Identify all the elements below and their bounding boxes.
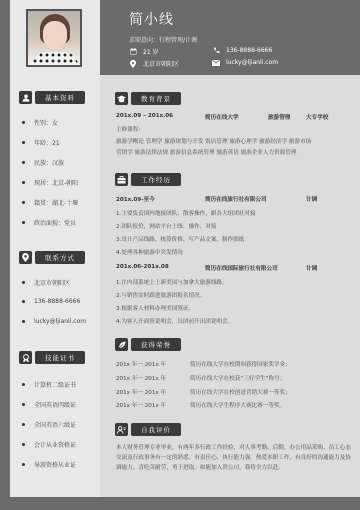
job-company: 简历在线国际旅行社有限公司 [205,264,278,272]
honor-period: 201x 年一 201x 年 [116,388,166,396]
list-item: 年龄：21 [22,138,60,147]
person-icon [19,91,32,104]
self-eval-header: 自我评价 [115,423,181,436]
section-title: 基本资料 [35,91,85,104]
job-period: 201x.06-201x.08 [116,264,169,270]
job-duty: 4.处理各种旅游中突发情况 [116,248,183,256]
age-info: 21 岁 [129,47,159,56]
list-item: lucky@ljianli.com [22,318,86,325]
honor-period: 201x 年一 201x 年 [116,401,166,409]
calendar-icon [129,48,137,55]
work-header: 工作经历 [115,173,181,186]
list-item: 政治面貌：党员 [22,218,76,227]
graduation-cap-icon [115,92,128,105]
job-duty: 2.团队报价，网站平台上线、操作、对接 [116,222,216,230]
honor-desc: 简历在线大学在校创意营销大赛一等奖； [190,388,291,396]
email-info: lucky@ljianli.com [212,59,278,66]
user-profile-icon [115,423,128,436]
contact-header: 联系方式 [19,251,85,264]
self-eval-text: 本人财务管理专业毕业，有两年多行政工作经验，对人事考勤、后勤，办公用品采购、员工… [116,443,352,473]
edu-school: 简历在线大学 [205,113,239,121]
briefcase-icon [115,173,128,186]
list-item: 民族：汉族 [22,158,64,167]
award-icon [19,351,32,364]
certificates-header: 技能证书 [19,351,85,364]
honor-desc: 简历在线大学在校期间获得国家奖学金； [190,360,291,368]
honor-period: 201x 年一 201x 年 [116,360,166,368]
envelope-icon [212,59,220,66]
list-item: 籍贯：湖北-十堰 [22,198,78,207]
list-item: 会计从业资格证 [22,440,76,449]
section-title: 工作经历 [131,173,181,186]
section-title: 获得荣誉 [131,338,181,351]
honors-header: 获得荣誉 [115,338,181,351]
list-item: 导游资格从业证 [22,460,76,469]
list-item: 性别：女 [22,118,58,127]
education-header: 教育背景 [115,92,181,105]
job-role: 计调 [306,195,317,203]
job-duty: 2.与销售实时跟进旅游团报名情况。 [116,291,205,299]
job-duty: 1.主要负责国内地接团队、散客操作，跟各大组团社对接 [116,209,256,217]
profile-photo [26,9,82,67]
phone-info: 136-8888-6666 [212,47,272,54]
candidate-name: 简小线 [129,9,174,29]
section-title: 联系方式 [35,251,85,264]
location-pin-icon [129,60,137,67]
basic-info-header: 基本资料 [19,91,85,104]
edu-period: 201x.09 – 201x.06 [116,113,173,119]
job-objective: 求职意向：行程管理/计调 [129,35,197,44]
leaf-icon [115,338,128,351]
location-pin-icon [19,251,32,264]
location-info: 北京市朝阳区 [129,59,179,68]
honor-desc: 简历在线大学生程序大赛比赛一等奖。 [190,401,285,409]
courses-line: 旅游学概论 管理学 旅游规划与开发 饭店管理 旅游心理学 旅游经济学 旅游市场 [116,137,311,145]
section-title: 技能证书 [35,351,85,364]
courses-label: 主修课程： [116,125,144,133]
job-duty: 3.根据客人材料办理美国签证。 [116,304,194,312]
honor-period: 201x 年一 201x 年 [116,374,166,382]
phone-icon [212,47,220,54]
job-duty: 4.为客人开面签说明会，出团前开出团说明会。 [116,317,233,325]
list-item: 北京市朝阳区 [22,278,70,287]
job-period: 201x.09-至今 [116,195,155,203]
job-role: 计调 [306,264,317,272]
list-item: 136-8888-6666 [22,298,80,305]
section-title: 自我评价 [131,423,181,436]
list-item: 计算机二级证书 [22,380,76,389]
list-item: 全国英语六级证 [22,420,76,429]
edu-degree: 大专学校 [306,113,328,121]
footer-bar [0,497,360,510]
job-duty: 3.设计产品线路、核算价格、写产品文案、制作图纸 [116,235,244,243]
honor-desc: 简历在线大学在校获“三好学生”称号； [190,374,285,382]
list-item: 全国英语四级证 [22,400,76,409]
courses-line: 营销学 旅游法律法规 旅游信息系统管理 旅游英语 旅游企业人力资源管理 [116,148,297,156]
list-item: 现居：北京-朝阳 [22,178,78,187]
section-title: 教育背景 [131,92,181,105]
edu-major: 旅游管理 [268,113,290,121]
job-company: 简历在线旅行社有限公司 [205,195,267,203]
job-duty: 1.在内部系统上上新美国与加拿大旅游线路。 [116,278,228,286]
